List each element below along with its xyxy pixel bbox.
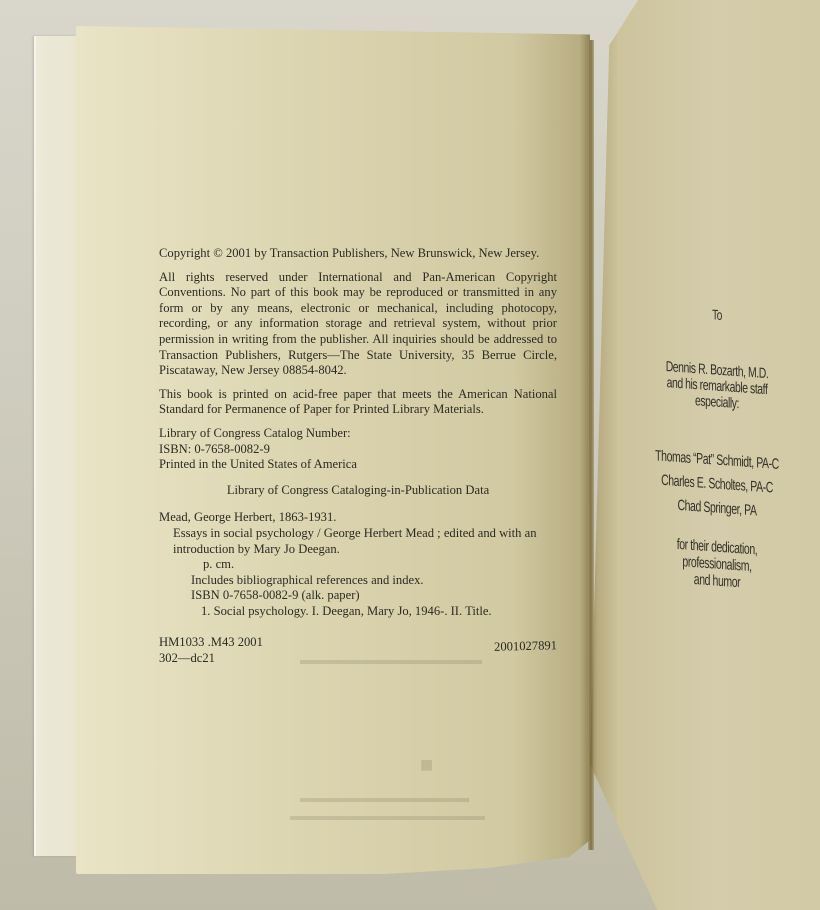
cip-data: Library of Congress Cataloging-in-Public… [159,483,557,667]
dedication-text-block: To Dennis R. Bozarth, M.D. and his remar… [622,300,812,596]
copyright-text-block: Copyright © 2001 by Transaction Publishe… [159,246,557,667]
cip-pages: p. cm. [159,557,557,573]
lccn: 2001027891 [494,635,557,656]
dedication-staff-list: Thomas “Pat” Schmidt, PA-C Charles E. Sc… [651,444,784,525]
rights-paragraph: All rights reserved under International … [159,270,557,379]
printed-in: Printed in the United States of America [159,457,557,473]
book-gutter [588,40,594,850]
call-numbers: HM1033 .M43 2001 302—dc21 [159,635,263,666]
catalog-number-label: Library of Congress Catalog Number: [159,426,557,442]
cip-title-line-1: Essays in social psychology / George Her… [159,526,557,542]
cip-heading: Library of Congress Cataloging-in-Public… [159,483,557,499]
show-through-text: ▬▬▬▬▬▬▬▬▬▬▬▬▬▬▬ [290,808,485,824]
open-book-photo: ▬▬▬▬▬▬▬▬▬▬▬▬▬▬ ■ ▬▬▬▬▬▬▬▬▬▬▬▬▬ ▬▬▬▬▬▬▬▬▬… [0,0,820,910]
call-number: HM1033 .M43 2001 [159,635,263,651]
cip-includes: Includes bibliographical references and … [159,573,557,589]
cip-call-row: HM1033 .M43 2001 302—dc21 2001027891 [159,635,557,666]
catalog-info: Library of Congress Catalog Number: ISBN… [159,426,557,473]
show-through-text: ▬▬▬▬▬▬▬▬▬▬▬▬▬ [300,790,469,806]
dewey-number: 302—dc21 [159,651,263,667]
paper-paragraph: This book is printed on acid-free paper … [159,387,557,418]
copyright-line: Copyright © 2001 by Transaction Publishe… [159,246,557,262]
isbn: ISBN: 0-7658-0082-9 [159,442,557,458]
cip-subjects: 1. Social psychology. I. Deegan, Mary Jo… [159,604,557,620]
show-through-logo: ■ [420,752,433,778]
cip-isbn: ISBN 0-7658-0082-9 (alk. paper) [159,588,557,604]
cip-author: Mead, George Herbert, 1863-1931. [159,510,557,526]
cip-title-line-2: introduction by Mary Jo Deegan. [159,542,557,558]
